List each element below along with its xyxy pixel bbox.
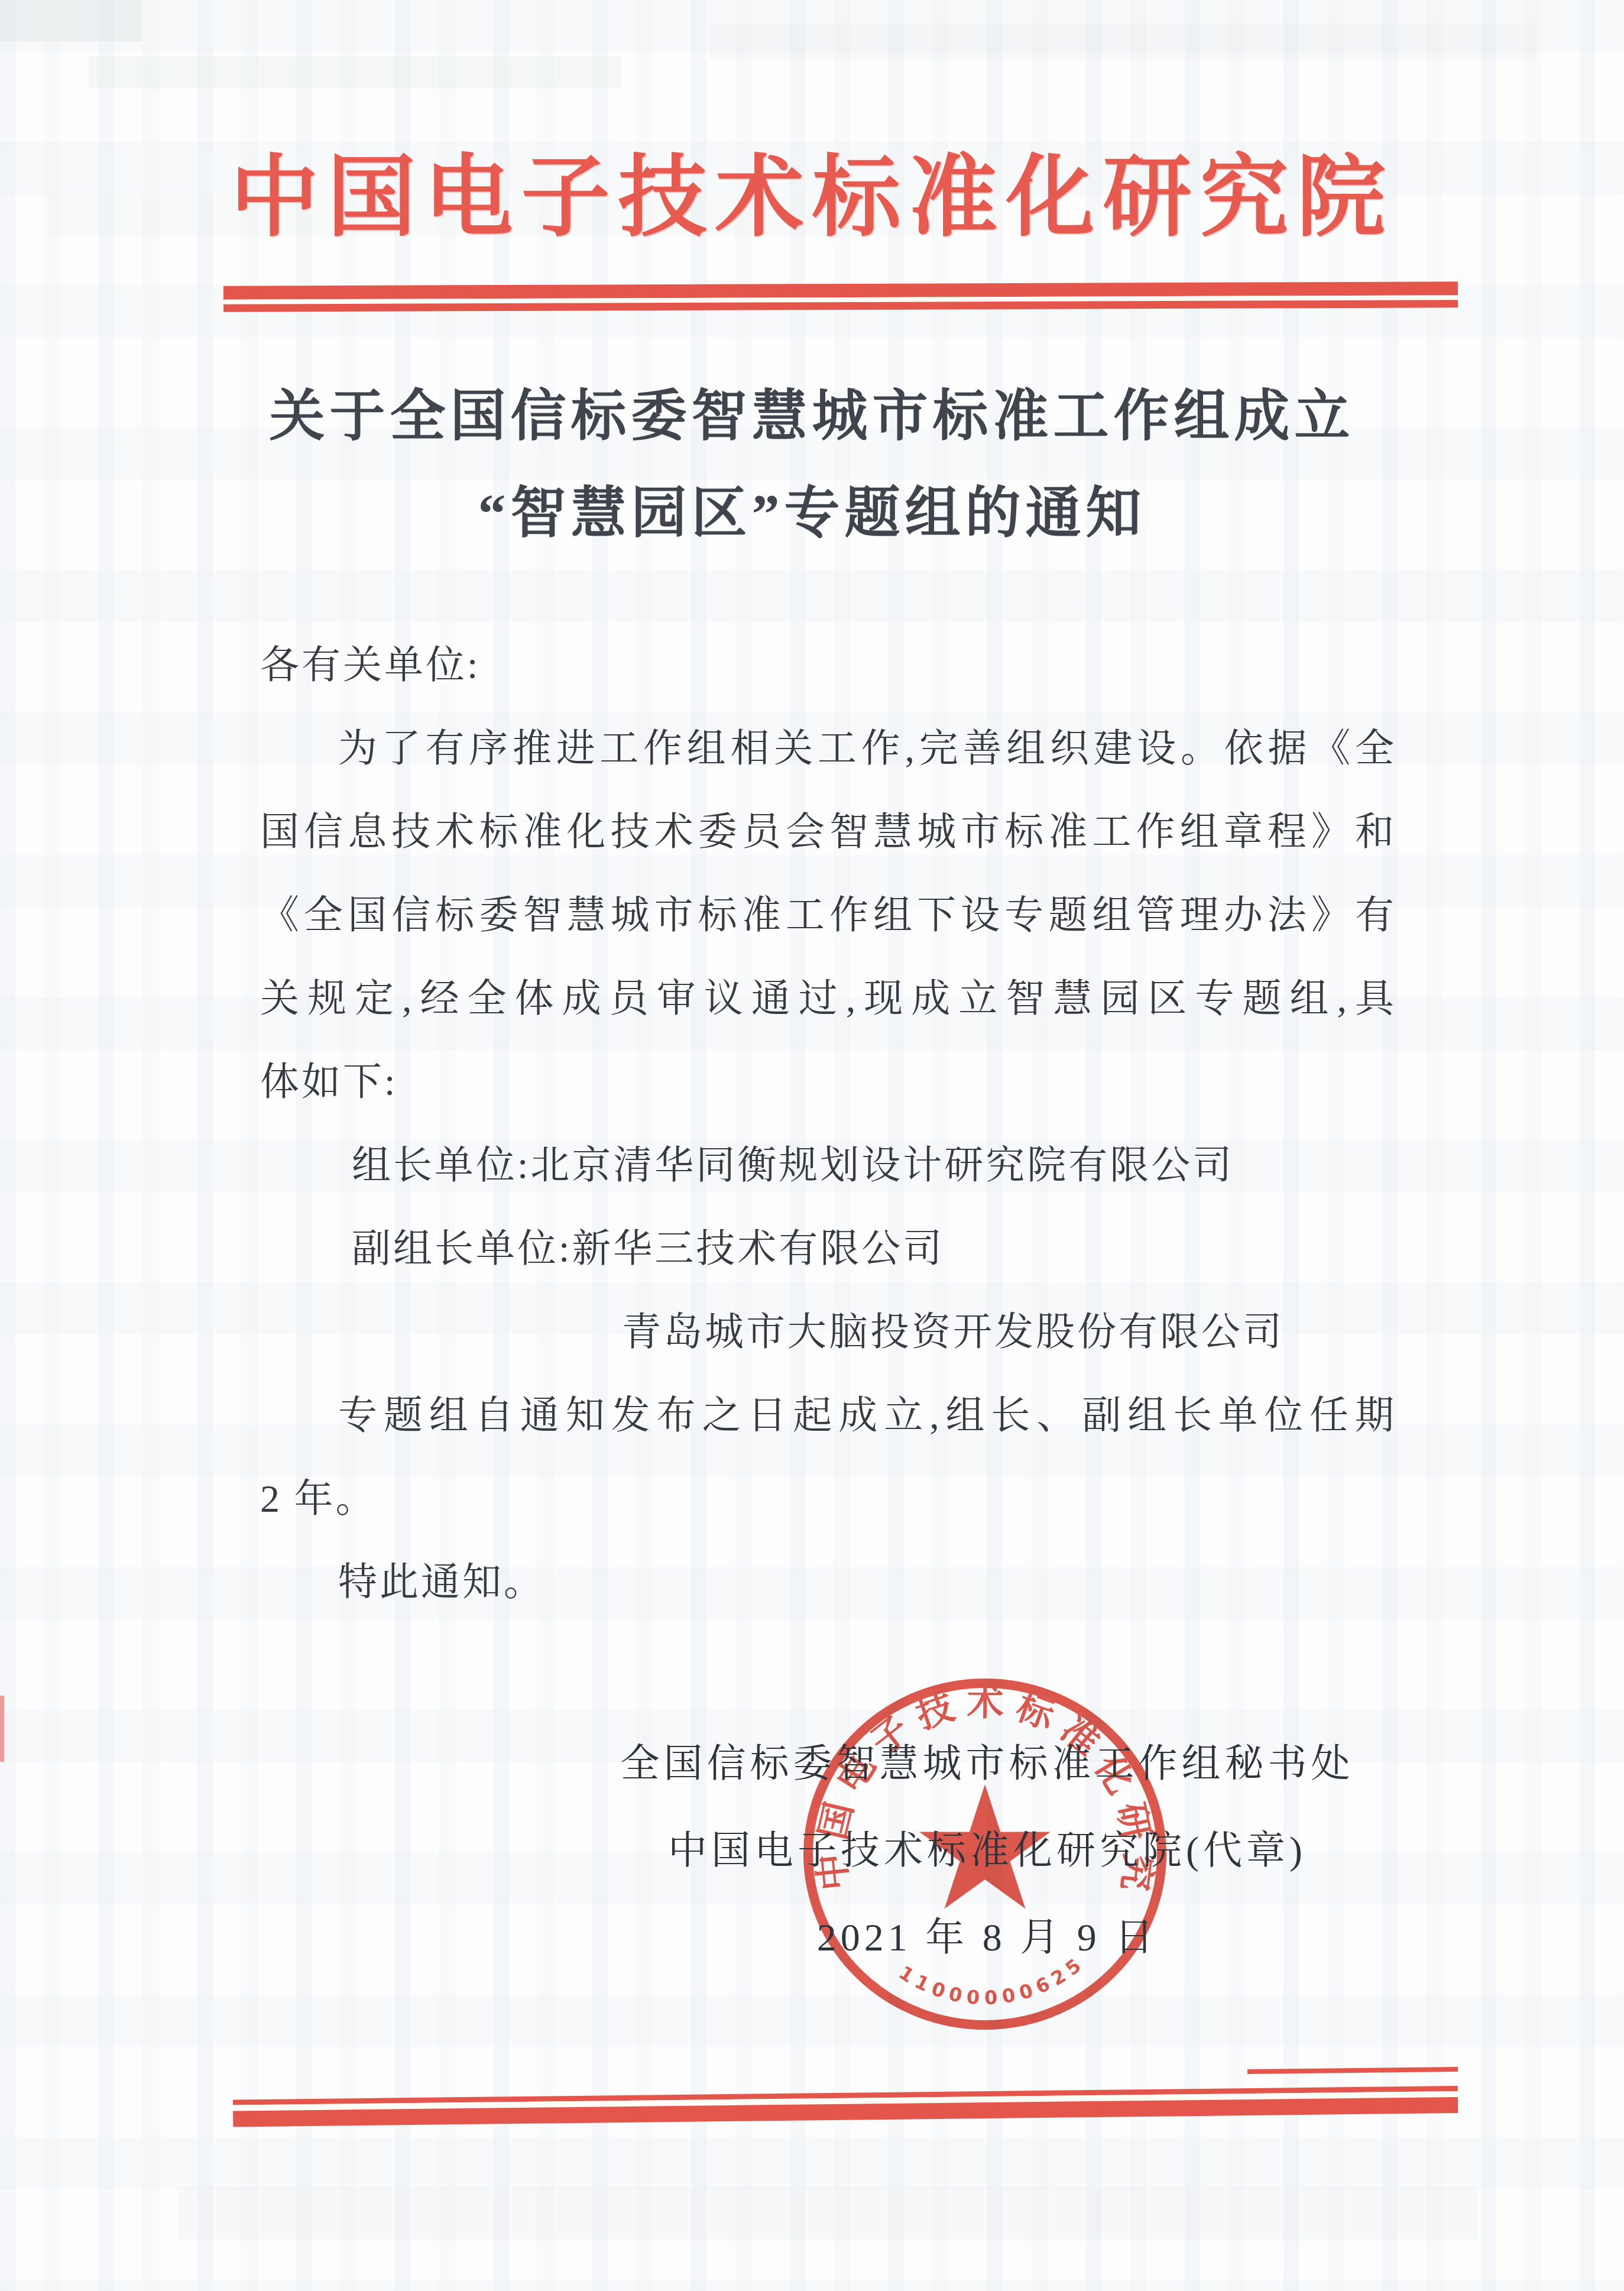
scan-artifact: [89, 56, 621, 89]
letter-body: 各有关单位: 为了有序推进工作组相关工作,完善组织建设。依据《全 国信息技术标准…: [260, 624, 1396, 1624]
footer-rule-upper-tick: [1247, 2067, 1458, 2074]
footer-rule: [233, 2086, 1458, 2127]
scan-edge-mark: [0, 1696, 4, 1762]
body-line: 体如下:: [260, 1041, 1396, 1124]
body-line: 为了有序推进工作组相关工作,完善组织建设。依据《全: [260, 707, 1396, 790]
signature-institute: 中国电子技术标准化研究院(代章): [591, 1807, 1383, 1894]
salutation: 各有关单位:: [260, 624, 1396, 707]
scanned-official-notice-page: { "colors": { "letterhead_red": "#e65a50…: [0, 0, 1624, 2291]
signature-block: 全国信标委智慧城市标准工作组秘书处 中国电子技术标准化研究院(代章) 2021 …: [591, 1720, 1383, 1981]
body-line: 关规定,经全体成员审议通过,现成立智慧园区专题组,具: [260, 957, 1396, 1041]
closing-line: 特此通知。: [260, 1541, 1396, 1624]
body-line: 专题组自通知发布之日起成立,组长、副组长单位任期: [260, 1374, 1396, 1457]
scan-artifact: [0, 0, 142, 41]
deputy-leader-unit-line2: 青岛城市大脑投资开发股份有限公司: [260, 1291, 1396, 1374]
document-title-line1: 关于全国信标委智慧城市标准工作组成立: [0, 371, 1624, 451]
scan-artifact: [177, 2188, 1478, 2241]
header-rule: [223, 281, 1458, 312]
signature-secretariat: 全国信标委智慧城市标准工作组秘书处: [591, 1720, 1383, 1807]
document-title-line2: “智慧园区”专题组的通知: [0, 468, 1624, 548]
body-line: 《全国信标委智慧城市标准工作组下设专题组管理办法》有: [260, 874, 1396, 957]
body-line: 国信息技术标准化技术委员会智慧城市标准工作组章程》和: [260, 790, 1396, 874]
letterhead-org-name: 中国电子技术标准化研究院: [0, 125, 1624, 253]
scan-artifact: [709, 24, 1537, 59]
deputy-leader-unit-line: 副组长单位:新华三技术有限公司: [260, 1207, 1396, 1291]
signature-date: 2021 年 8 月 9 日: [591, 1894, 1383, 1981]
leader-unit-line: 组长单位:北京清华同衡规划设计研究院有限公司: [260, 1124, 1396, 1207]
body-line: 2 年。: [260, 1457, 1396, 1541]
